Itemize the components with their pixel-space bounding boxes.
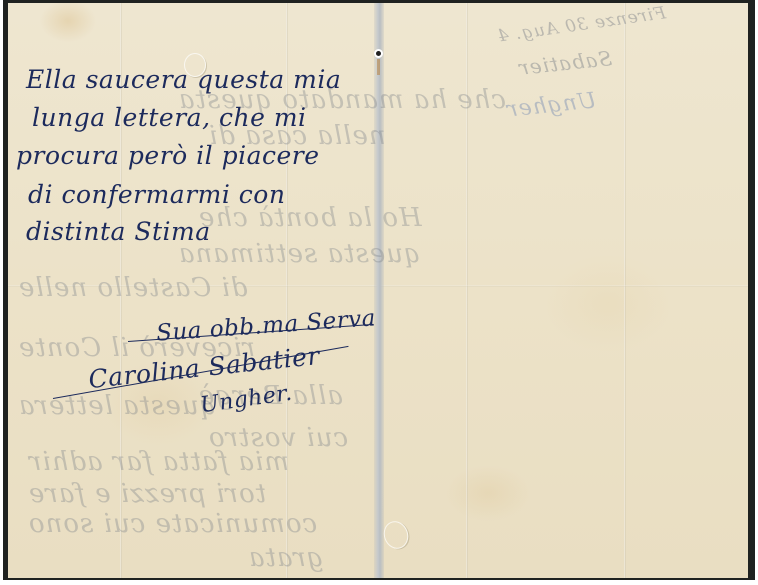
letter-line: lunga lettera, che mi — [32, 103, 307, 132]
bleed-through-text: comunicate cui sono — [28, 509, 317, 539]
bleed-through-text: Sabatier — [517, 46, 613, 80]
letter-line: distinta Stima — [26, 217, 211, 246]
bleed-through-text: Ungher — [505, 88, 598, 122]
letter-line: di confermarmi con — [28, 180, 285, 209]
bleed-through-text: mia fatta far adhir — [28, 447, 289, 477]
bleed-through-text: grata — [248, 543, 324, 573]
bleed-through-text: tori prezzi e fare — [28, 479, 266, 509]
letter-line: Ella saucera questa mia — [26, 65, 341, 94]
bleed-through-date: Firenze 30 Aug. 4 — [495, 3, 667, 47]
letter-line: procura però il piacere — [16, 141, 320, 170]
bleed-through-text: di Castello nelle — [18, 273, 248, 303]
letter-paper: che ha mandato questa nella casa di Ho l… — [8, 3, 748, 578]
embossed-stamp — [380, 518, 412, 553]
bleed-through-text: questa settimana — [178, 239, 421, 269]
pin-hole — [375, 45, 383, 85]
paper-fold-line — [624, 3, 626, 578]
bleed-through-text: questa lettera — [18, 391, 216, 421]
